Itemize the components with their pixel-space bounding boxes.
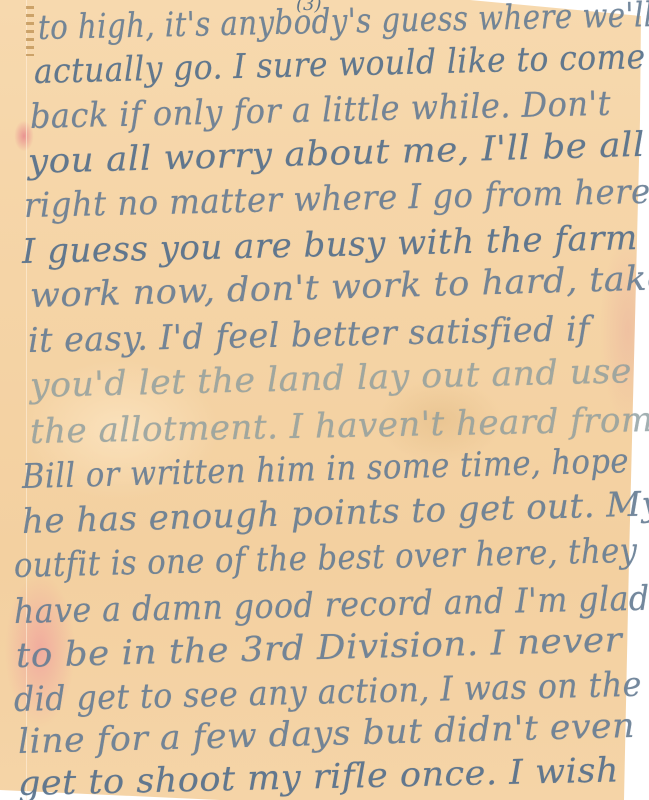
- handwritten-text: to high, it's anybody's guess where we'l…: [0, 0, 649, 800]
- letter-page: (3) to high, it's anybody's guess where …: [0, 0, 649, 800]
- text-line: you'd let the land lay out and use: [30, 351, 633, 406]
- text-line: it easy. I'd feel better satisfied if: [28, 309, 591, 361]
- text-line: right no matter where I go from here.: [24, 172, 649, 226]
